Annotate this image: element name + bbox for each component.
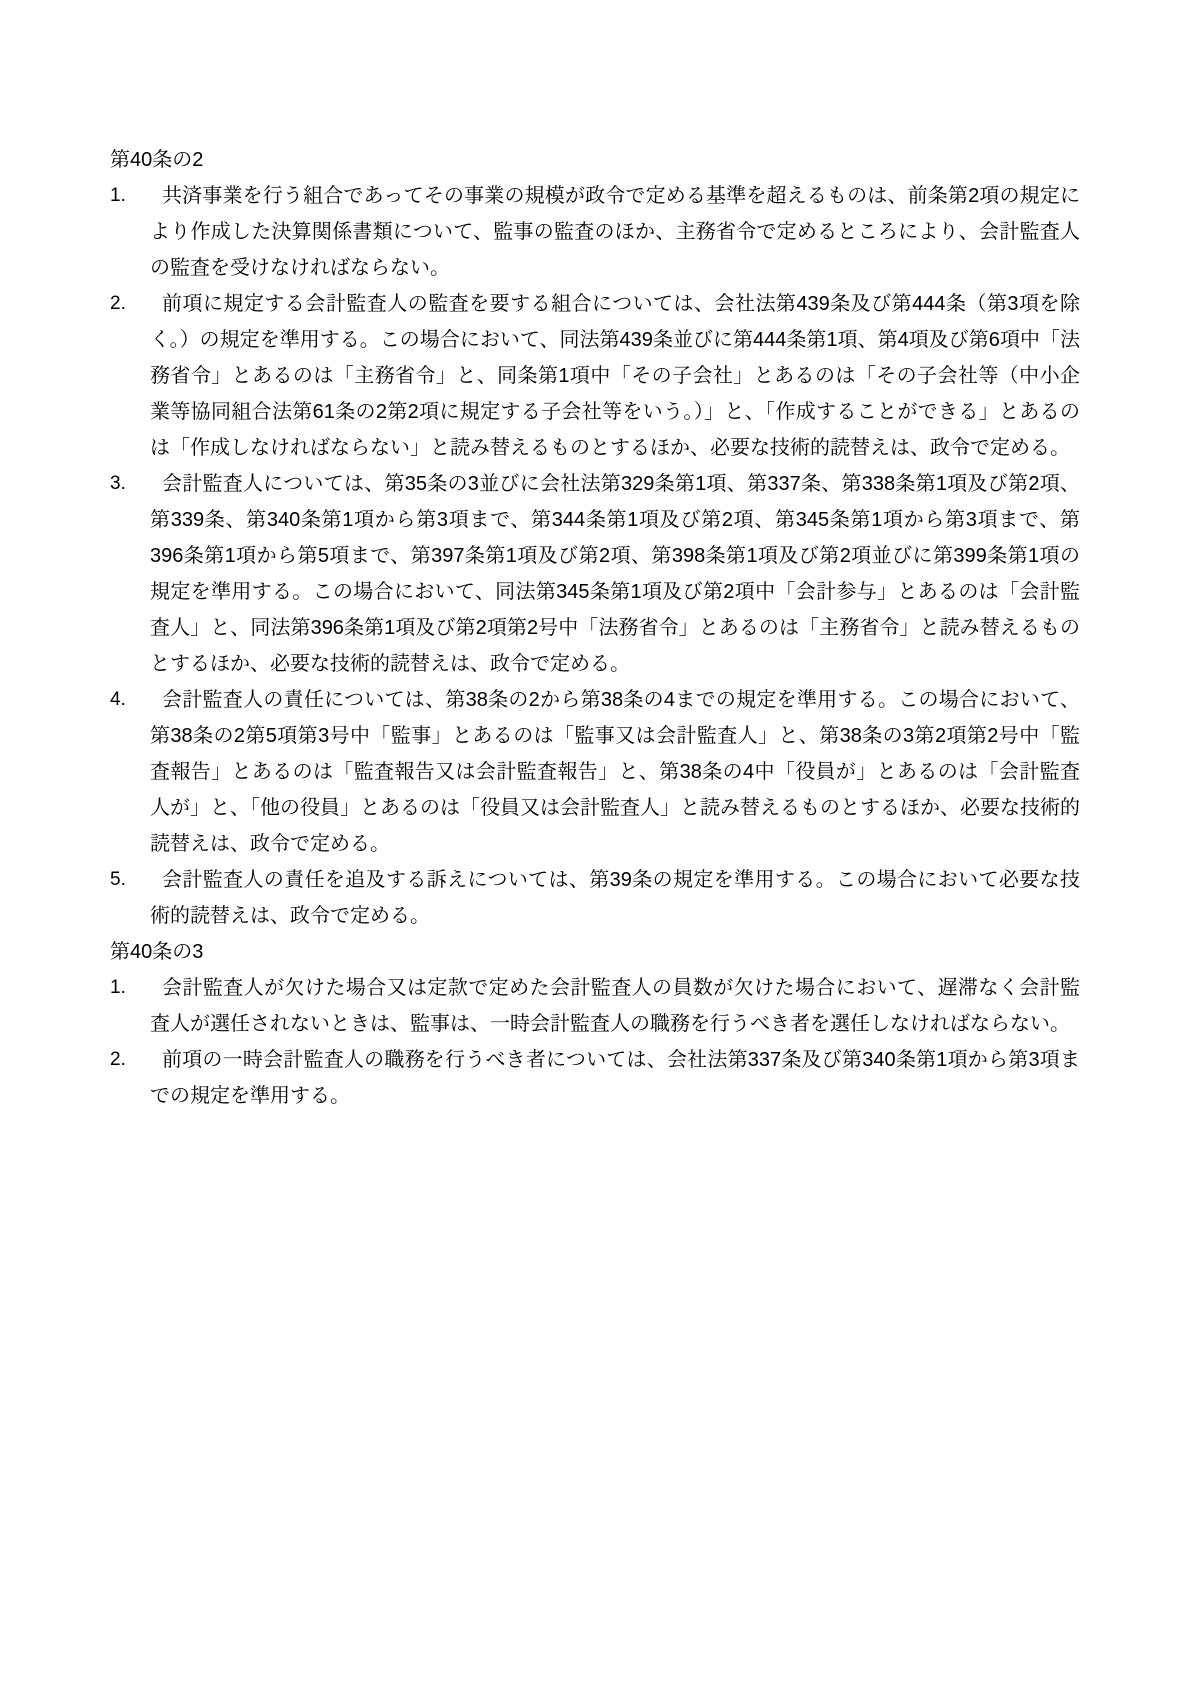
item-number: 3. bbox=[110, 466, 148, 502]
item-text: 前項に規定する会計監査人の監査を要する組合については、会社法第439条及び第44… bbox=[150, 286, 1080, 466]
item-text: 会計監査人の責任を追及する訴えについては、第39条の規定を準用する。この場合にお… bbox=[150, 862, 1080, 934]
list-item: 2. 前項の一時会計監査人の職務を行うべき者については、会社法第337条及び第3… bbox=[110, 1042, 1080, 1114]
item-number: 2. bbox=[110, 1042, 148, 1078]
article-heading-40-2: 第40条の2 bbox=[110, 142, 1080, 178]
item-number: 1. bbox=[110, 970, 148, 1006]
item-text: 会計監査人が欠けた場合又は定款で定めた会計監査人の員数が欠けた場合において、遅滞… bbox=[150, 970, 1080, 1042]
list-item: 1. 会計監査人が欠けた場合又は定款で定めた会計監査人の員数が欠けた場合において… bbox=[110, 970, 1080, 1042]
document-content: 第40条の2 1. 共済事業を行う組合であってその事業の規模が政令で定める基準を… bbox=[110, 142, 1080, 1114]
item-text: 前項の一時会計監査人の職務を行うべき者については、会社法第337条及び第340条… bbox=[150, 1042, 1080, 1114]
article-heading-40-3: 第40条の3 bbox=[110, 934, 1080, 970]
item-text: 共済事業を行う組合であってその事業の規模が政令で定める基準を超えるものは、前条第… bbox=[150, 178, 1080, 286]
document-page: 第40条の2 1. 共済事業を行う組合であってその事業の規模が政令で定める基準を… bbox=[0, 0, 1191, 1684]
item-number: 4. bbox=[110, 682, 148, 718]
list-item: 1. 共済事業を行う組合であってその事業の規模が政令で定める基準を超えるものは、… bbox=[110, 178, 1080, 286]
item-text: 会計監査人の責任については、第38条の2から第38条の4までの規定を準用する。こ… bbox=[150, 682, 1080, 862]
item-text: 会計監査人については、第35条の3並びに会社法第329条第1項、第337条、第3… bbox=[150, 466, 1080, 682]
item-number: 2. bbox=[110, 286, 148, 322]
item-number: 5. bbox=[110, 862, 148, 898]
list-item: 5. 会計監査人の責任を追及する訴えについては、第39条の規定を準用する。この場… bbox=[110, 862, 1080, 934]
item-number: 1. bbox=[110, 178, 148, 214]
list-item: 4. 会計監査人の責任については、第38条の2から第38条の4までの規定を準用す… bbox=[110, 682, 1080, 862]
list-item: 2. 前項に規定する会計監査人の監査を要する組合については、会社法第439条及び… bbox=[110, 286, 1080, 466]
list-item: 3. 会計監査人については、第35条の3並びに会社法第329条第1項、第337条… bbox=[110, 466, 1080, 682]
